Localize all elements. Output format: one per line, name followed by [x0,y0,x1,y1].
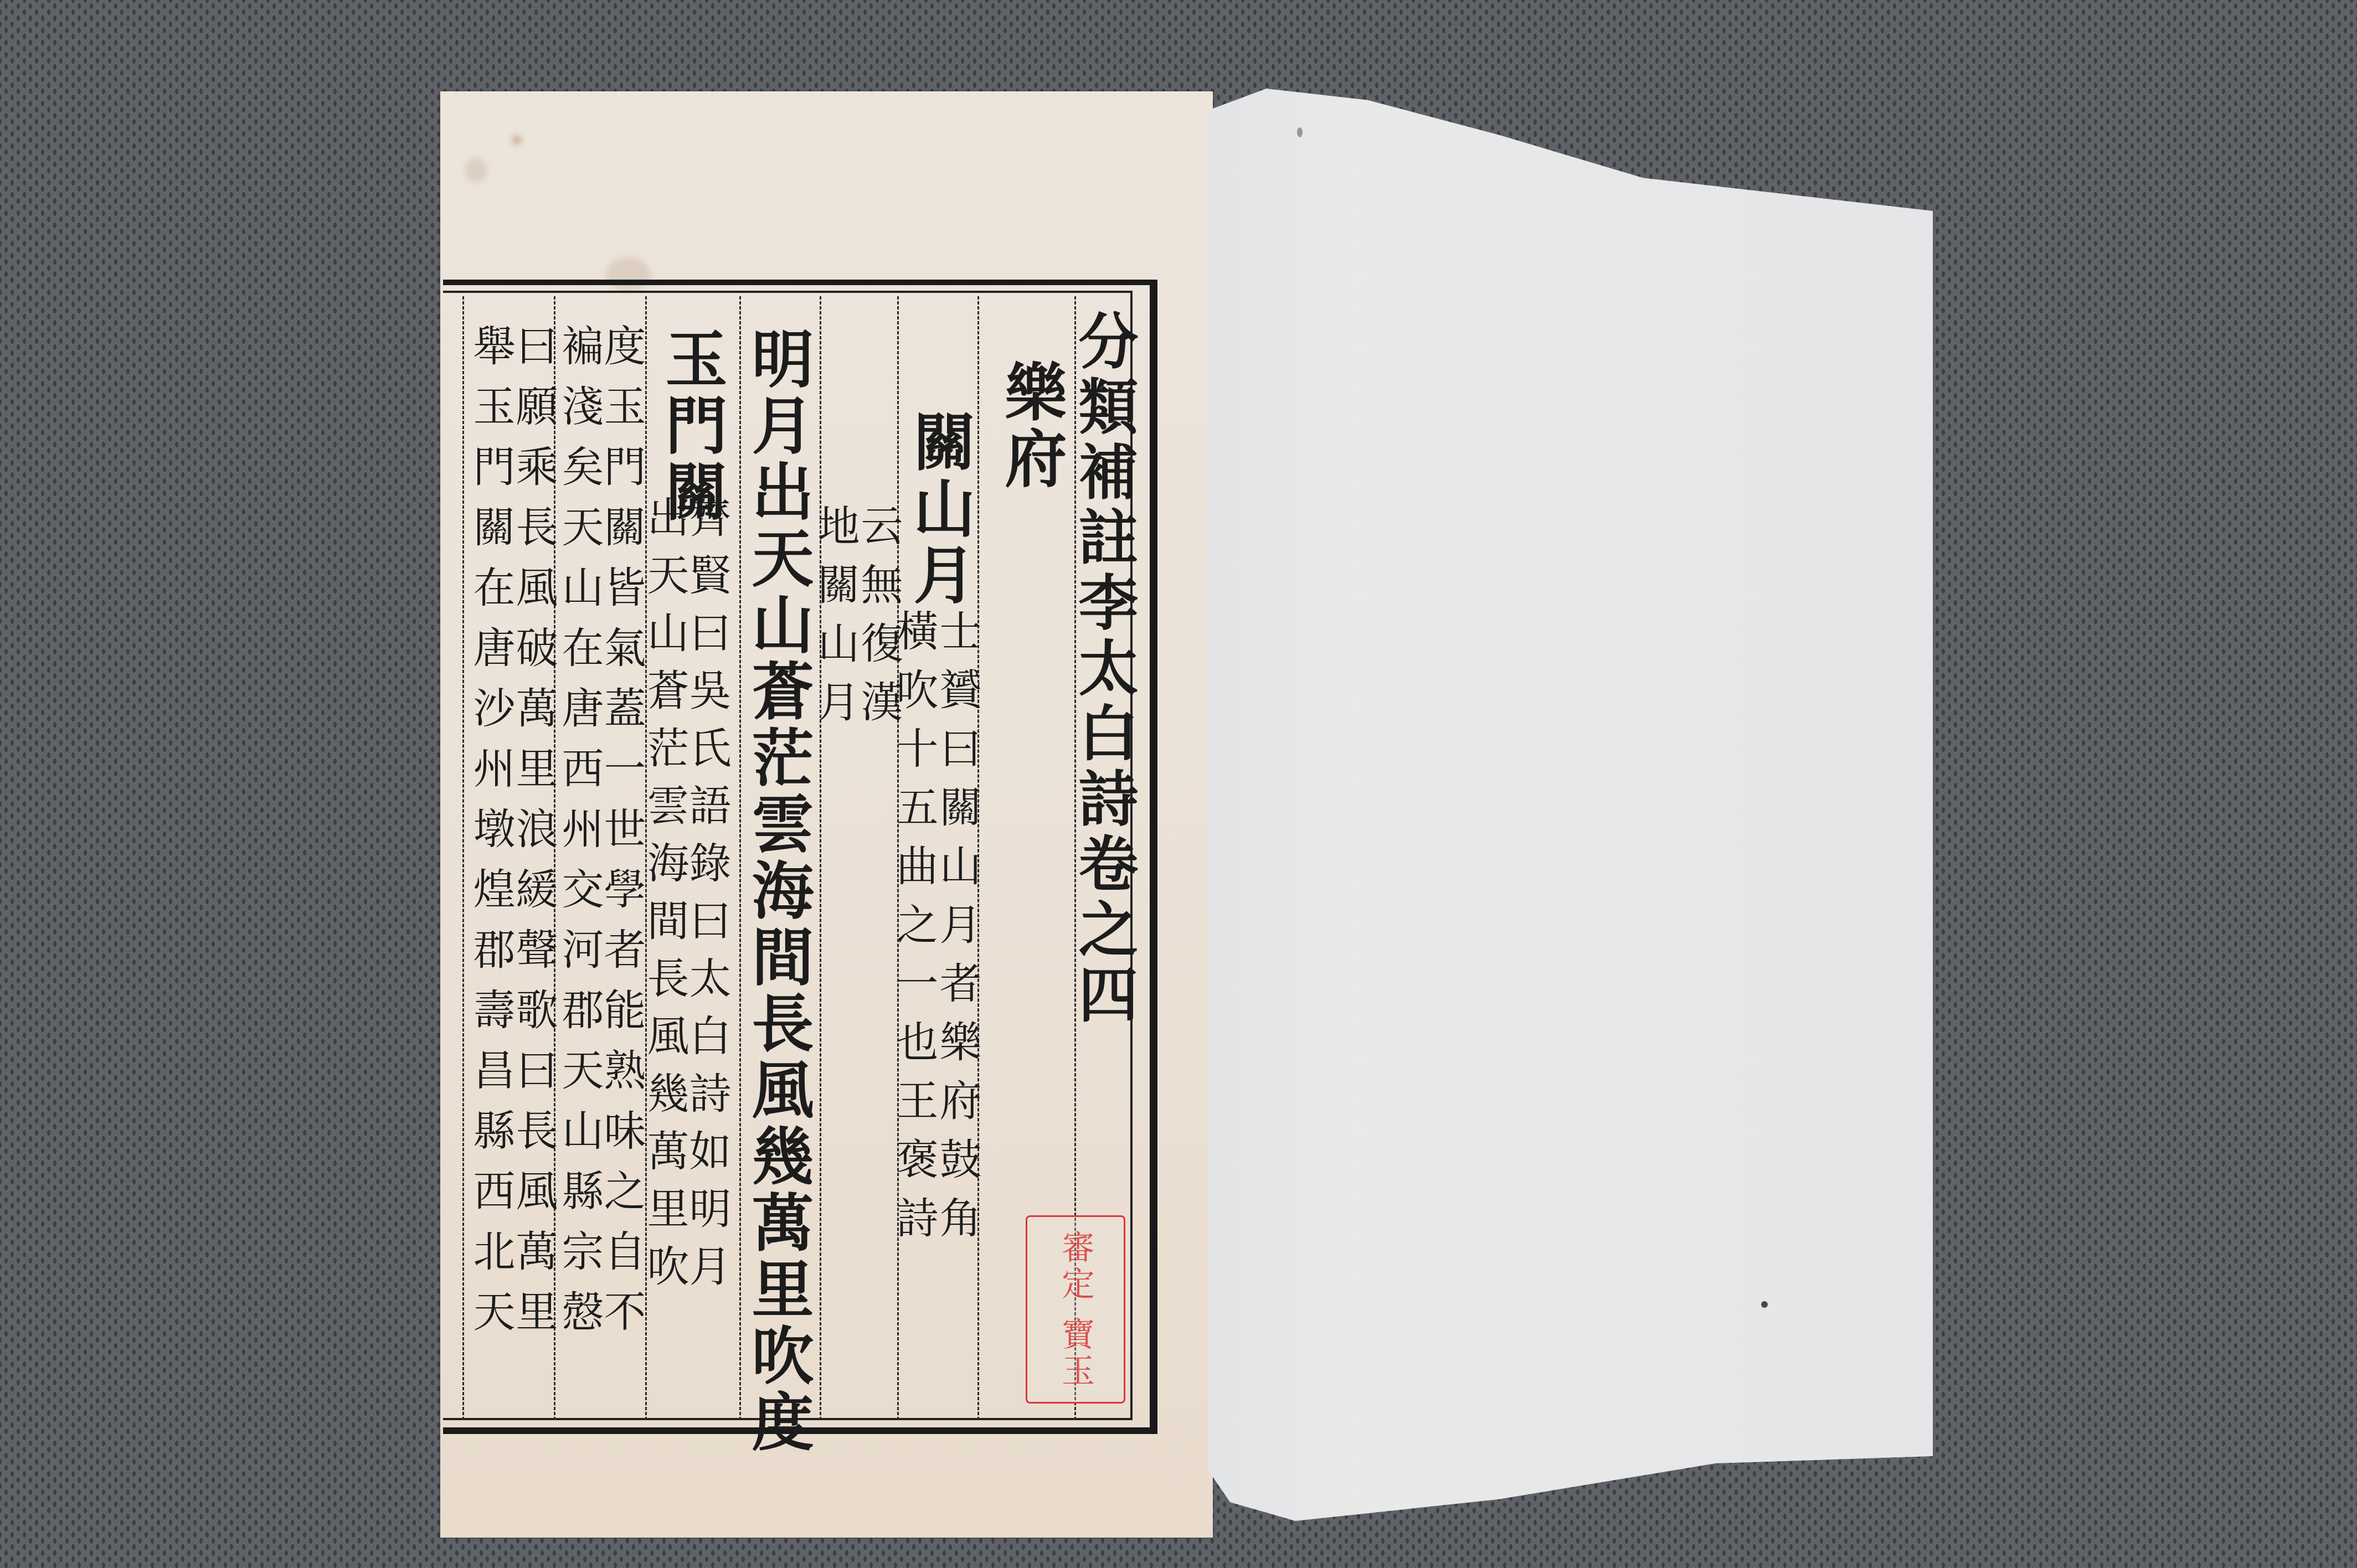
commentary-left-line: 出天山蒼茫雲海間長風幾萬里吹 [644,496,686,1302]
book-spread-scene: 分類補註李太白詩卷之四 樂府 關山月 士贇曰關山月者樂府鼓角 橫吹十五曲之一也王… [0,0,2357,1568]
section-heading: 樂府 [1000,360,1062,493]
volume-title: 分類補註李太白詩卷之四 [1073,310,1133,1029]
seal-glyphs-right: 寶玉 [1052,1317,1099,1390]
commentary-right-line: 士贇曰關山月者樂府鼓角 [936,609,978,1255]
paper-stain [512,136,521,145]
commentary-left-line: 褊淺矣天山在唐西州交河郡天山縣宗慤 [558,324,600,1350]
poem-line: 明月出天山蒼茫雲海間長風幾萬里吹度 [747,327,809,1456]
paper-spot [1761,1301,1768,1308]
commentary-right-line: 齊賢曰吳氏語錄曰太白詩如明月 [686,496,728,1302]
paper-stain [465,158,487,183]
commentary-left-line: 舉玉門關在唐沙州墩煌郡壽昌縣西北天 [470,324,512,1350]
commentary-left-line: 地關山月 [814,504,856,739]
paper-spot [1297,127,1303,137]
column-divider [820,296,821,1420]
seal-glyphs-left: 審定 [1052,1230,1099,1303]
commentary-right-line: 云無復漢 [857,504,899,739]
poem-title: 關山月 [908,410,970,609]
right-blank-page [1208,89,1933,1528]
commentary-right-line: 曰願乘長風破萬里浪緩聲歌曰長風萬里 [512,324,554,1350]
column-divider [462,296,464,1420]
red-collector-seal: 寶玉 審定 [1026,1215,1125,1404]
column-divider [739,296,741,1420]
commentary-right-line: 度玉門關皆氣蓋一世學者能熟味之自不 [600,324,642,1350]
